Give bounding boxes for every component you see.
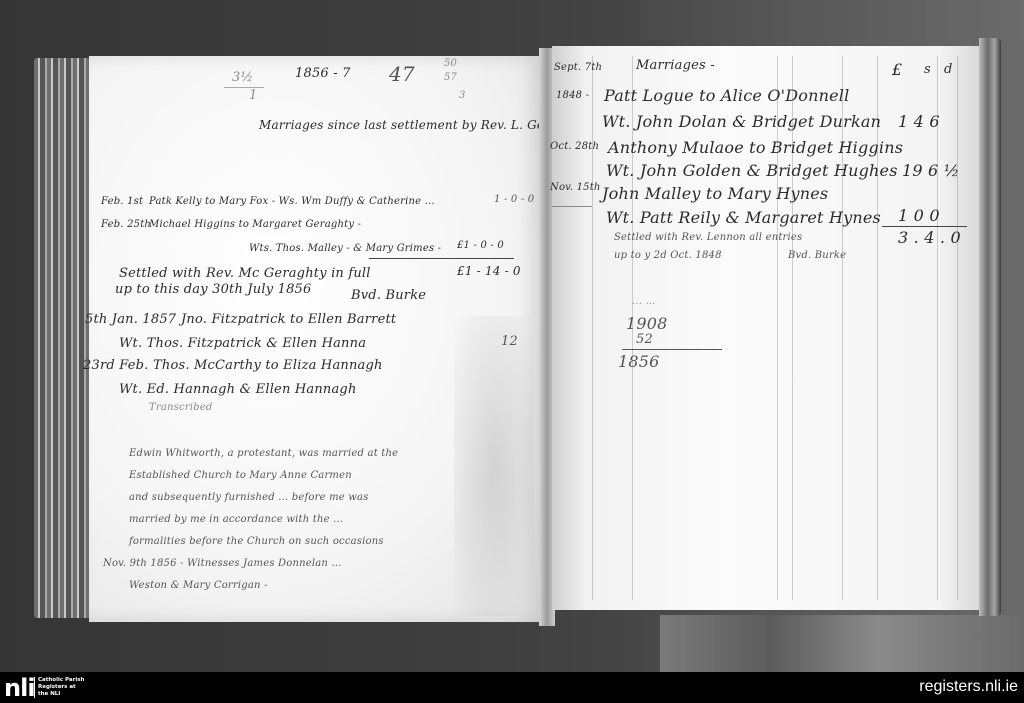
faint-number-top: 50 bbox=[444, 58, 457, 69]
register-book: 3½ 1 1856 - 7 47 50 57 3 Marriages since… bbox=[34, 38, 1004, 628]
entry-text: Wts. Thos. Malley - & Mary Grimes - bbox=[249, 243, 441, 254]
settlement-line-1: Settled with Rev. Lennon all entries bbox=[614, 232, 802, 243]
fraction-top: 3½ bbox=[232, 70, 253, 85]
settlement-line-2: up to this day 30th July 1856 bbox=[115, 282, 312, 297]
margin-rule bbox=[552, 206, 592, 207]
entry-text: Wt. Thos. Fitzpatrick & Ellen Hanna bbox=[119, 336, 366, 351]
page-heading: Marriages - bbox=[636, 58, 715, 73]
water-stain bbox=[454, 316, 534, 616]
note-line: married by me in accordance with the ... bbox=[129, 514, 343, 525]
sum-rule bbox=[369, 258, 514, 259]
entry-text: John Malley to Mary Hynes bbox=[602, 184, 828, 203]
background-surface bbox=[640, 0, 1024, 40]
currency-header-shillings: s bbox=[924, 62, 931, 77]
sum-rule bbox=[882, 226, 967, 227]
fraction-rule bbox=[224, 87, 264, 88]
note-line: Weston & Mary Corrigan - bbox=[129, 580, 268, 591]
signature: Bvd. Burke bbox=[788, 250, 846, 261]
logo-caption: Catholic Parish Registers at the NLI bbox=[38, 677, 98, 698]
note-line: formalities before the Church on such oc… bbox=[129, 536, 384, 547]
calc-line-1: 1908 bbox=[626, 314, 668, 333]
entry-amount: 12 bbox=[501, 334, 518, 349]
settlement-line-2: up to y 2d Oct. 1848 bbox=[614, 250, 722, 261]
page-number: 47 bbox=[389, 62, 415, 86]
entry-text: Wt. John Golden & Bridget Hughes bbox=[606, 161, 898, 180]
entry-amount: £1 - 0 - 0 bbox=[457, 240, 504, 251]
entry-text: Anthony Mulaoe to Bridget Higgins bbox=[608, 138, 903, 157]
right-total: 3 . 4 . 0 bbox=[898, 228, 961, 247]
faint-small-mark: 3 bbox=[459, 90, 466, 101]
calc-result: 1856 bbox=[618, 352, 660, 371]
footer-bar: nli Catholic Parish Registers at the NLI… bbox=[0, 672, 1024, 703]
logo-caption-line: Catholic Parish bbox=[38, 677, 98, 684]
margin-date: Sept. 7th bbox=[554, 62, 602, 73]
entry-text: Thos. McCarthy to Eliza Hannagh bbox=[153, 358, 383, 373]
entry-text: Wt. Patt Reily & Margaret Hynes bbox=[606, 208, 881, 227]
margin-date: Oct. 28th bbox=[550, 141, 599, 152]
entry-amount: 19 6 ½ bbox=[902, 161, 959, 180]
left-total: £1 - 14 - 0 bbox=[457, 264, 521, 278]
year-range: 1856 - 7 bbox=[295, 66, 351, 81]
entry-date: Feb. 1st bbox=[101, 196, 143, 207]
entry-date: Feb. 25th bbox=[101, 219, 151, 230]
note-line: Nov. 9th 1856 - Witnesses James Donnelan… bbox=[103, 558, 342, 569]
faint-scribble: ... ... bbox=[632, 296, 656, 307]
faint-note: Transcribed bbox=[149, 402, 212, 413]
ledger-rule bbox=[592, 56, 593, 600]
entry-amount: 1 - 0 - 0 bbox=[494, 194, 534, 205]
logo-caption-line: the NLI bbox=[38, 691, 98, 698]
note-line: and subsequently furnished ... before me… bbox=[129, 492, 369, 503]
entry-date: 23rd Feb. bbox=[83, 358, 148, 373]
ledger-rule bbox=[937, 56, 938, 600]
calc-rule bbox=[622, 349, 722, 350]
nli-logo[interactable]: nli bbox=[4, 676, 35, 700]
entry-amount: 1 0 0 bbox=[898, 206, 940, 225]
settlement-line-1: Settled with Rev. Mc Geraghty in full bbox=[119, 266, 371, 281]
logo-caption-line: Registers at bbox=[38, 684, 98, 691]
page-heading: Marriages since last settlement by Rev. … bbox=[259, 118, 585, 132]
entry-date: 5th Jan. 1857 bbox=[85, 312, 176, 327]
currency-header-pounds: £ bbox=[892, 60, 902, 79]
scanned-image: 3½ 1 1856 - 7 47 50 57 3 Marriages since… bbox=[0, 0, 1024, 672]
fraction-bottom: 1 bbox=[249, 88, 257, 103]
page-edges-right bbox=[979, 38, 1001, 616]
entry-text: Patt Logue to Alice O'Donnell bbox=[604, 86, 849, 105]
logo-divider bbox=[34, 677, 35, 698]
signature: Bvd. Burke bbox=[351, 288, 426, 303]
currency-header-pence: d bbox=[944, 62, 953, 77]
note-line: Edwin Whitworth, a protestant, was marri… bbox=[129, 448, 398, 459]
margin-date: Nov. 15th bbox=[550, 182, 601, 193]
entry-text: Patk Kelly to Mary Fox - Ws. Wm Duffy & … bbox=[149, 196, 435, 207]
ledger-rule bbox=[957, 56, 958, 600]
right-page: Sept. 7th 1848 - Oct. 28th Nov. 15th Mar… bbox=[552, 46, 982, 610]
page-edges-left bbox=[34, 58, 94, 618]
entry-text: Jno. Fitzpatrick to Ellen Barrett bbox=[181, 312, 396, 327]
entry-amount: 1 4 6 bbox=[898, 112, 940, 131]
site-url-link[interactable]: registers.nli.ie bbox=[919, 678, 1018, 696]
calc-line-2: 52 bbox=[636, 332, 653, 347]
note-line: Established Church to Mary Anne Carmen bbox=[129, 470, 352, 481]
entry-text: Michael Higgins to Margaret Geraghty - bbox=[149, 219, 361, 230]
faint-number-bottom: 57 bbox=[444, 72, 457, 83]
entry-text: Wt. Ed. Hannagh & Ellen Hannagh bbox=[119, 382, 357, 397]
left-page: 3½ 1 1856 - 7 47 50 57 3 Marriages since… bbox=[89, 56, 544, 622]
entry-text: Wt. John Dolan & Bridget Durkan bbox=[602, 112, 881, 131]
margin-date: 1848 - bbox=[556, 90, 589, 101]
